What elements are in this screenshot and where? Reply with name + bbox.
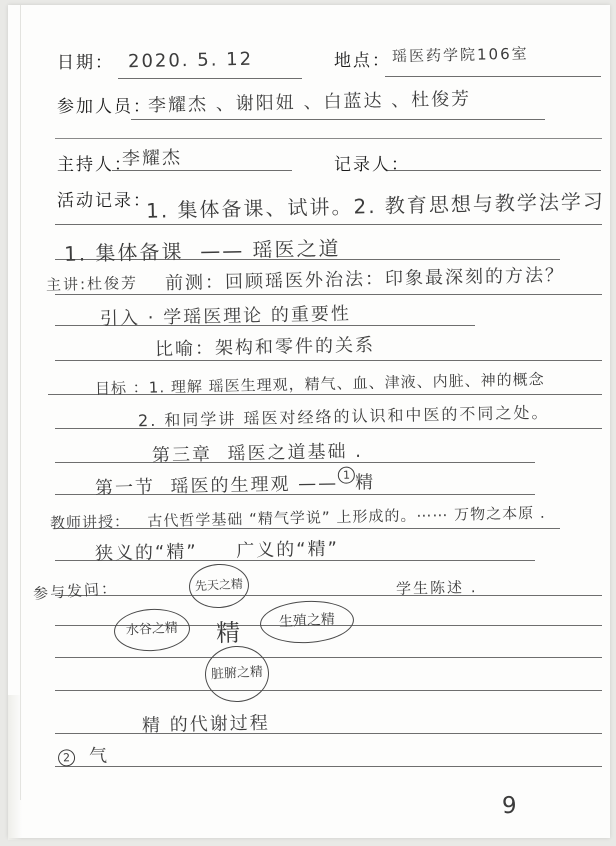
note-definitions: 狭义的“精” 广义的“精”: [95, 534, 339, 565]
section-suffix: 精: [355, 472, 375, 493]
scan-crease: [20, 5, 21, 800]
scan-shadow: [8, 695, 22, 840]
diagram-center-jing: 精: [216, 613, 243, 649]
participants-label: 参加人员：: [57, 92, 152, 117]
ruled-line: [55, 595, 602, 596]
item2-text: 气: [89, 745, 109, 766]
diagram-right-note: 学生陈述 .: [396, 576, 478, 599]
note-metabolism: 精 的代谢过程: [142, 709, 270, 738]
note-chapter: 第三章 瑶医之道基础 .: [152, 437, 363, 467]
ruled-line: [55, 657, 602, 658]
ruled-line: [55, 224, 602, 225]
note-presenter: 主讲:杜俊芳: [46, 272, 138, 295]
host-value: 李耀杰: [122, 143, 183, 170]
scanned-meeting-record: 日期： 地点： 参加人员： 主持人： 记录人： 活动记录： 2020. 5. 1…: [0, 0, 616, 846]
page-number: 9: [502, 793, 519, 819]
ruled-line: [55, 428, 602, 429]
date-value: 2020. 5. 12: [128, 49, 253, 73]
ruled-line: [55, 733, 602, 734]
ruled-line: [385, 76, 601, 77]
note-metaphor: 比喻：架构和零件的关系: [155, 331, 375, 362]
note-intro: 引入 · 学瑶医理论 的重要性: [100, 299, 351, 330]
ruled-line: [118, 78, 302, 79]
ruled-line: [55, 294, 602, 295]
ruled-line: [55, 360, 602, 361]
recorder-label: 记录人：: [334, 150, 410, 175]
ruled-line: [55, 766, 602, 767]
section-prefix: 第一节 瑶医的生理观 ——: [95, 473, 339, 499]
ruled-line: [55, 690, 602, 691]
note-item2: 2气: [58, 741, 110, 768]
circled-1-marker: 1: [338, 466, 355, 483]
activity-label: 活动记录：: [57, 186, 152, 211]
note-topic: 1. 集体备课 —— 瑶医之道: [64, 232, 341, 267]
location-value: 瑶医药学院106室: [392, 43, 529, 67]
date-label: 日期：: [57, 48, 114, 73]
location-label: 地点：: [334, 46, 391, 71]
circled-2-marker: 2: [58, 749, 75, 766]
ruled-line: [131, 119, 545, 120]
ruled-line: [388, 170, 601, 171]
ruled-line: [55, 138, 602, 139]
